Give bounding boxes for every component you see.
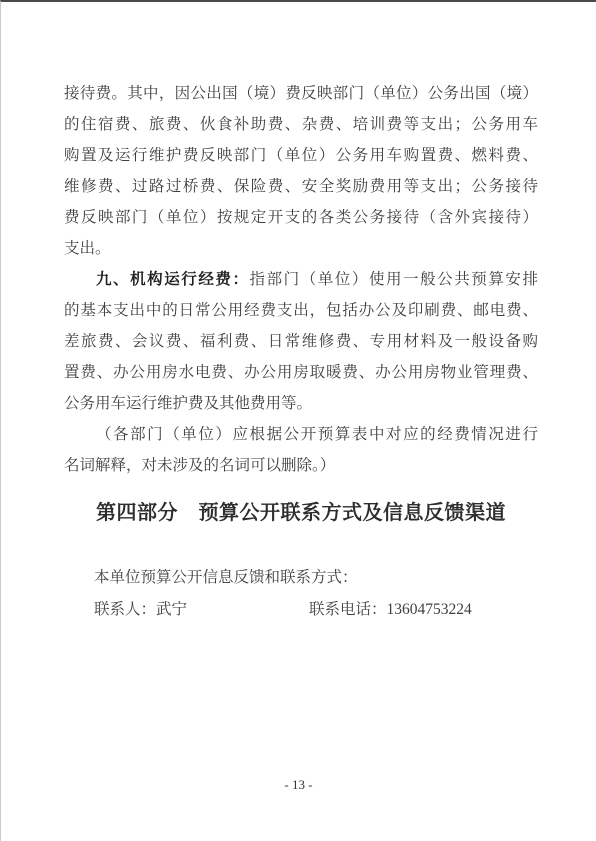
paragraph-line: 九、机构运行经费：指部门（单位）使用一般公共预算安排	[64, 264, 538, 295]
paragraph-line: 置费、办公用房水电费、办公用房取暖费、办公用房物业管理费、	[64, 357, 538, 388]
section-four-heading: 第四部分 预算公开联系方式及信息反馈渠道	[64, 498, 538, 528]
paragraph-line: 公务用车运行维护费及其他费用等。	[64, 388, 538, 419]
paragraph-line: 的基本支出中的日常公用经费支出，包括办公及印刷费、邮电费、	[64, 295, 538, 326]
terms-definitions-text: 接待费。其中，因公出国（境）费反映部门（单位）公务出国（境） 的住宿费、旅费、伙…	[64, 78, 538, 481]
contact-person-label: 联系人：	[94, 601, 156, 618]
paragraph-line: （各部门（单位）应根据公开预算表中对应的经费情况进行	[64, 419, 538, 450]
contact-details-line: 联系人：武宁 联系电话：13604753224	[64, 594, 538, 626]
paragraph-text: 指部门（单位）使用一般公共预算安排	[250, 271, 538, 288]
contact-phone-label: 联系电话：	[309, 601, 387, 618]
contact-phone: 联系电话：13604753224	[309, 594, 472, 626]
page-number: - 13 -	[1, 775, 596, 795]
paragraph-line: 差旅费、会议费、福利费、日常维修费、专用材料及一般设备购	[64, 326, 538, 357]
paragraph-line: 费反映部门（单位）按规定开支的各类公务接待（含外宾接待）	[64, 202, 538, 233]
contact-phone-number: 13604753224	[387, 601, 472, 618]
paragraph-line: 购置及运行维护费反映部门（单位）公务用车购置费、燃料费、	[64, 140, 538, 171]
contact-person-name: 武宁	[156, 601, 187, 618]
term-title-jigou-yunxing-jingfei: 九、机构运行经费：	[96, 271, 250, 288]
contact-person: 联系人：武宁	[94, 594, 309, 626]
paragraph-line: 的住宿费、旅费、伙食补助费、杂费、培训费等支出；公务用车	[64, 109, 538, 140]
paragraph-line: 接待费。其中，因公出国（境）费反映部门（单位）公务出国（境）	[64, 78, 538, 109]
paragraph-line: 名词解释，对未涉及的名词可以删除。）	[64, 450, 538, 481]
contact-intro: 本单位预算公开信息反馈和联系方式：	[64, 562, 538, 594]
paragraph-line: 支出。	[64, 233, 538, 264]
contact-info-block: 本单位预算公开信息反馈和联系方式： 联系人：武宁 联系电话：1360475322…	[64, 562, 538, 626]
document-page: 接待费。其中，因公出国（境）费反映部门（单位）公务出国（境） 的住宿费、旅费、伙…	[0, 0, 596, 841]
paragraph-line: 维修费、过路过桥费、保险费、安全奖励费用等支出；公务接待	[64, 171, 538, 202]
